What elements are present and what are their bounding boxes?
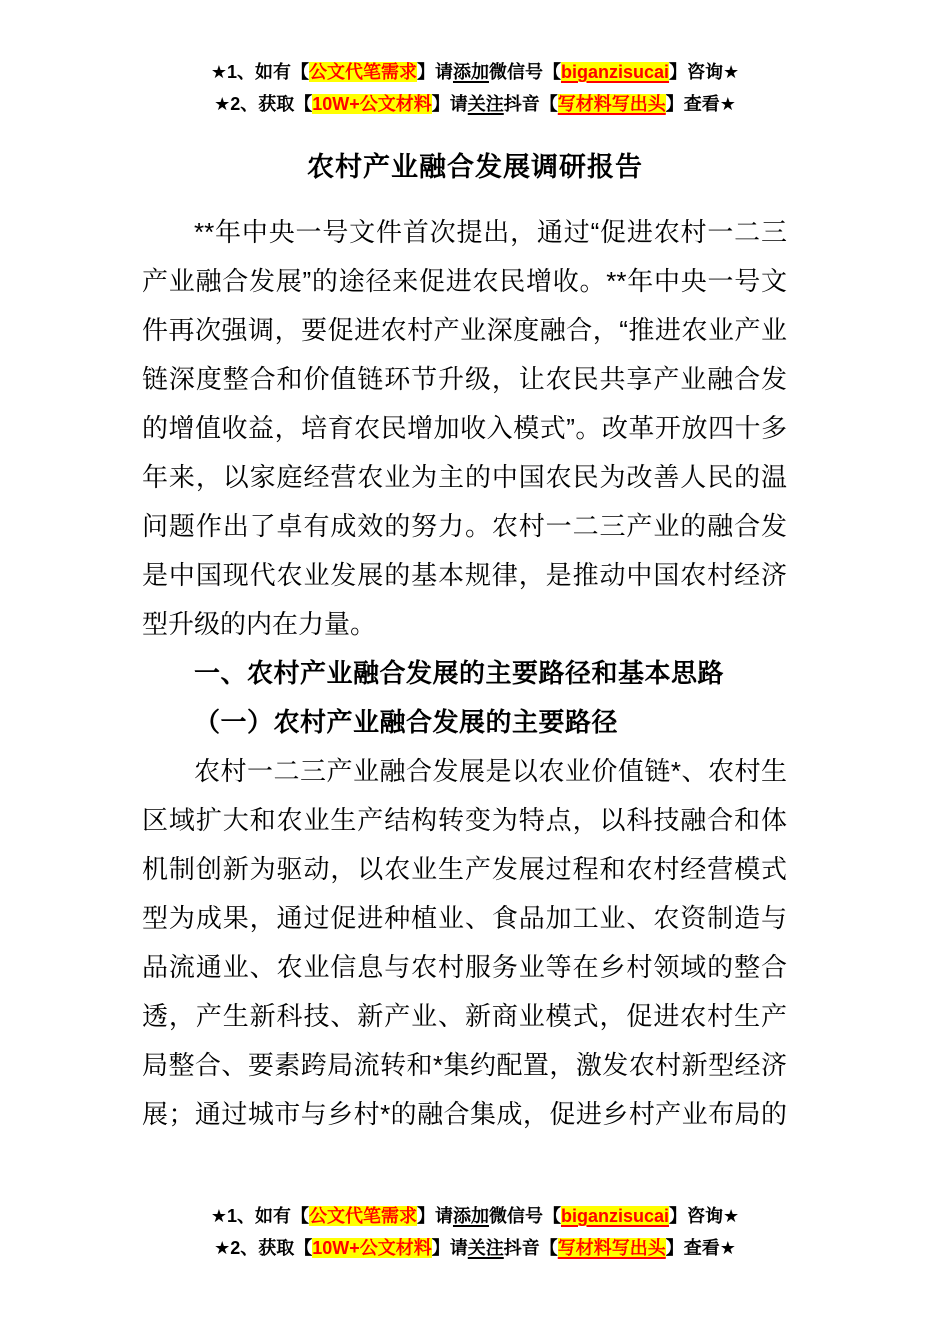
paragraph-1-line-5: 的增值收益，培育农民增加收入模式”。改革开放四十多	[142, 404, 787, 453]
promo-highlighted-text: 关注	[468, 1238, 504, 1258]
document-page: ★1、如有【公文代笔需求】请添加微信号【biganzisucai】咨询★ ★2、…	[0, 0, 950, 1344]
section-heading-level-2: （一）农村产业融合发展的主要路径	[142, 698, 787, 747]
paragraph-1-line-2: 产业融合发展”的途径来促进农民增收。**年中央一号文	[142, 257, 787, 306]
paragraph-1-line-6: 年来，以家庭经营农业为主的中国农民为改善人民的温饱	[142, 453, 787, 502]
promo-text: 】请	[432, 1238, 468, 1258]
section-heading-level-1: 一、农村产业融合发展的主要路径和基本思路	[142, 649, 787, 698]
paragraph-4-line-4: 型为成果，通过促进种植业、食品加工业、农资制造与商	[142, 894, 787, 943]
promo-highlighted-text: 添加	[453, 1206, 489, 1226]
promo-text: 抖音【	[504, 1238, 558, 1258]
paragraph-4-line-8: 展；通过城市与乡村*的融合集成，促进乡村产业布局的优	[142, 1090, 787, 1139]
paragraph-4-line-7: 局整合、要素跨局流转和*集约配置，激发农村新型经济发	[142, 1041, 787, 1090]
paragraph-4-line-1: 农村一二三产业融合发展是以农业价值链*、农村生产	[142, 747, 787, 796]
promo-text: 】查看★	[666, 94, 736, 114]
paragraph-1-line-9: 型升级的内在力量。	[142, 600, 787, 649]
promo-text: 】咨询★	[669, 62, 739, 82]
promo-text: ★1、如有【	[211, 62, 309, 82]
promo-highlighted-text: 10W+公文材料	[312, 94, 432, 114]
promo-highlighted-text: 写材料写出头	[558, 1238, 666, 1258]
paragraph-4-line-5: 品流通业、农业信息与农村服务业等在乡村领域的整合渗	[142, 943, 787, 992]
promo-text: 】请	[432, 94, 468, 114]
promo-highlighted-text: 写材料写出头	[558, 94, 666, 114]
promo-header: ★1、如有【公文代笔需求】请添加微信号【biganzisucai】咨询★ ★2、…	[0, 0, 950, 120]
promo-header-line-2: ★2、获取【10W+公文材料】请关注抖音【写材料写出头】查看★	[0, 88, 950, 120]
promo-footer-line-2: ★2、获取【10W+公文材料】请关注抖音【写材料写出头】查看★	[0, 1232, 950, 1264]
document-title: 农村产业融合发展调研报告	[0, 146, 950, 188]
promo-text: ★2、获取【	[214, 94, 312, 114]
paragraph-1-line-7: 问题作出了卓有成效的努力。农村一二三产业的融合发展	[142, 502, 787, 551]
promo-text: 微信号【	[489, 62, 561, 82]
promo-text: 】请	[417, 1206, 453, 1226]
promo-highlighted-text: 添加	[453, 62, 489, 82]
promo-text: 】咨询★	[669, 1206, 739, 1226]
promo-footer: ★1、如有【公文代笔需求】请添加微信号【biganzisucai】咨询★ ★2、…	[0, 1200, 950, 1264]
promo-text: 】查看★	[666, 1238, 736, 1258]
paragraph-1-line-1: **年中央一号文件首次提出，通过“促进农村一二三	[142, 208, 787, 257]
promo-text: 微信号【	[489, 1206, 561, 1226]
promo-header-line-1: ★1、如有【公文代笔需求】请添加微信号【biganzisucai】咨询★	[0, 56, 950, 88]
promo-text: 抖音【	[504, 94, 558, 114]
paragraph-4-line-6: 透，产生新科技、新产业、新商业模式，促进农村生产跨	[142, 992, 787, 1041]
promo-highlighted-text: biganzisucai	[561, 62, 669, 82]
promo-highlighted-text: 公文代笔需求	[309, 62, 417, 82]
promo-highlighted-text: 公文代笔需求	[309, 1206, 417, 1226]
promo-highlighted-text: biganzisucai	[561, 1206, 669, 1226]
paragraph-4-line-2: 区域扩大和农业生产结构转变为特点，以科技融合和体制	[142, 796, 787, 845]
promo-text: ★2、获取【	[214, 1238, 312, 1258]
paragraph-1-line-4: 链深度整合和价值链环节升级，让农民共享产业融合发展	[142, 355, 787, 404]
promo-footer-line-1: ★1、如有【公文代笔需求】请添加微信号【biganzisucai】咨询★	[0, 1200, 950, 1232]
paragraph-1-line-3: 件再次强调，要促进农村产业深度融合，“推进农业产业	[142, 306, 787, 355]
document-body: **年中央一号文件首次提出，通过“促进农村一二三产业融合发展”的途径来促进农民增…	[142, 208, 787, 1139]
promo-highlighted-text: 关注	[468, 94, 504, 114]
paragraph-1-line-8: 是中国现代农业发展的基本规律，是推动中国农村经济转	[142, 551, 787, 600]
promo-highlighted-text: 10W+公文材料	[312, 1238, 432, 1258]
promo-text: 】请	[417, 62, 453, 82]
promo-text: ★1、如有【	[211, 1206, 309, 1226]
paragraph-4-line-3: 机制创新为驱动，以农业生产发展过程和农村经营模式转	[142, 845, 787, 894]
